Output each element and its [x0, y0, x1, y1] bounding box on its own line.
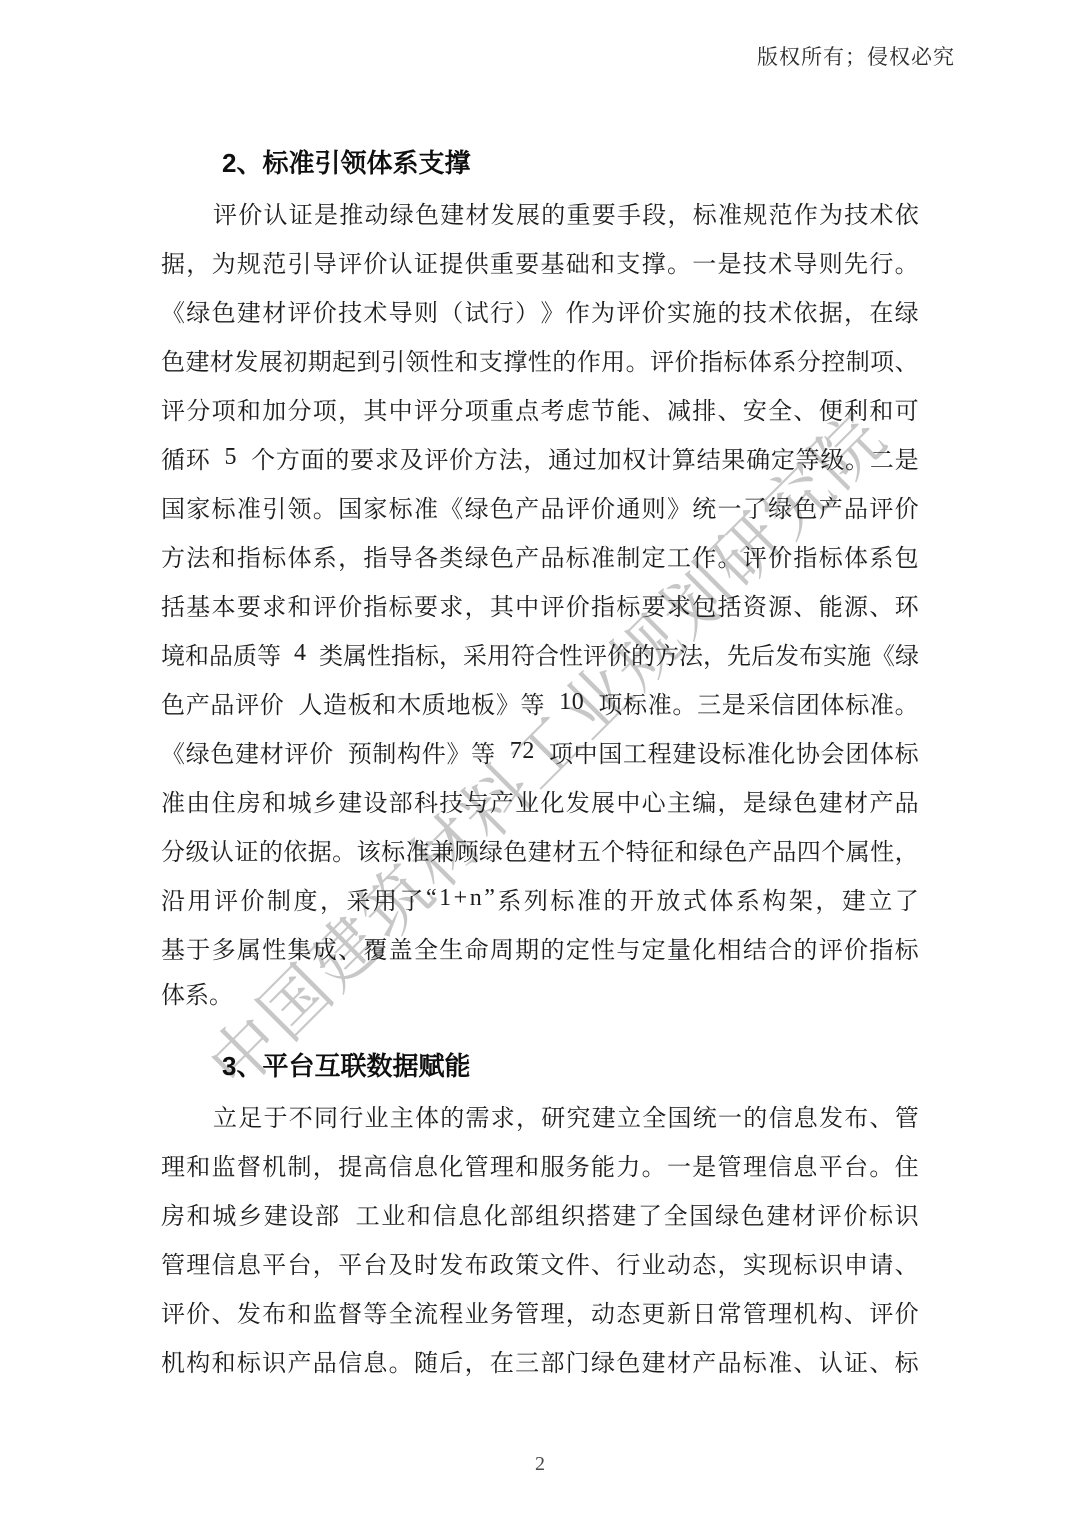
glyph: 部 [315, 1196, 339, 1231]
text-line: 评价、发布和监督等全流程业务管理，动态更新日常管理机构、评价 [161, 1287, 919, 1336]
glyph: 标 [819, 538, 843, 573]
glyph: 基 [161, 930, 185, 965]
glyph: 统 [692, 489, 716, 524]
glyph: 和 [212, 1343, 236, 1378]
copyright-notice: 版权所有；侵权必究 [757, 41, 955, 71]
glyph: 项 [212, 391, 236, 426]
glyph: 机 [262, 1147, 286, 1182]
glyph: 绿 [699, 832, 723, 867]
glyph: 体 [844, 538, 868, 573]
glyph: 和 [185, 636, 209, 671]
glyph: 全 [768, 391, 792, 426]
text-line: 循环5个方面的要求及评价方法，通过加权计算结果确定等级。二是 [161, 433, 919, 482]
glyph: 中 [574, 734, 598, 769]
glyph: 准 [237, 489, 261, 524]
glyph: 度 [294, 881, 318, 916]
glyph: 国 [338, 489, 362, 524]
glyph: 和 [262, 783, 286, 818]
glyph: 产 [287, 1343, 311, 1378]
glyph: ， [566, 1294, 590, 1329]
text-line: 体系。 [161, 972, 919, 1021]
glyph: “ [426, 885, 437, 912]
glyph: 绿 [186, 734, 210, 769]
glyph: 评 [743, 538, 767, 573]
glyph: 住 [212, 783, 236, 818]
glyph: ） [515, 293, 539, 328]
glyph: 2 [522, 738, 534, 765]
glyph: 能 [616, 391, 640, 426]
glyph: 了 [400, 881, 424, 916]
glyph: 价 [642, 293, 666, 328]
glyph: 一 [718, 1098, 742, 1133]
glyph: 色 [793, 783, 817, 818]
glyph: 业 [381, 1196, 405, 1231]
glyph: 标 [845, 685, 869, 720]
glyph: 重 [490, 391, 514, 426]
glyph: 包 [895, 538, 919, 573]
glyph: 化 [771, 734, 795, 769]
glyph: 管 [161, 1245, 185, 1280]
glyph: 分 [161, 832, 185, 867]
glyph: ， [320, 881, 344, 916]
glyph: 立 [617, 1098, 641, 1133]
glyph: 材 [792, 1196, 816, 1231]
glyph: 统 [693, 1098, 717, 1133]
glyph: 督 [237, 1147, 261, 1182]
glyph: 的 [540, 930, 564, 965]
glyph: ， [338, 391, 362, 426]
glyph: 其 [363, 391, 387, 426]
glyph: 术 [768, 244, 792, 279]
glyph: 该 [357, 832, 381, 867]
glyph: 排 [692, 391, 716, 426]
glyph: 作 [577, 342, 601, 377]
glyph: 住 [895, 1147, 919, 1182]
glyph: 行 [869, 244, 893, 279]
glyph: 期 [308, 342, 332, 377]
glyph: 价 [768, 538, 792, 573]
glyph: 评 [161, 391, 185, 426]
glyph: 项 [465, 391, 489, 426]
glyph: 了 [895, 881, 919, 916]
glyph: 评 [424, 440, 448, 475]
glyph: 日 [692, 1294, 716, 1329]
glyph: 。 [895, 244, 919, 279]
glyph: 证 [289, 195, 313, 230]
glyph: 理 [743, 1147, 767, 1182]
glyph: ， [718, 783, 742, 818]
glyph: 和 [372, 685, 396, 720]
glyph: 标 [616, 587, 640, 622]
glyph: 的 [718, 293, 742, 328]
glyph: 价 [260, 685, 284, 720]
glyph: 标 [389, 587, 413, 622]
glyph: 段 [642, 195, 666, 230]
glyph: 、 [793, 1343, 817, 1378]
glyph: 设 [697, 734, 721, 769]
glyph: ， [516, 1098, 540, 1133]
glyph: 算 [672, 440, 696, 475]
glyph: 理 [490, 1147, 514, 1182]
glyph: 计 [647, 440, 671, 475]
glyph: 实 [743, 1245, 767, 1280]
glyph: 发 [491, 195, 515, 230]
glyph: 分 [287, 391, 311, 426]
glyph: 等 [521, 685, 545, 720]
glyph: 产 [692, 1343, 716, 1378]
glyph: 建 [642, 1343, 666, 1378]
glyph: 。 [389, 1343, 413, 1378]
glyph: 指 [793, 538, 817, 573]
glyph: ， [815, 881, 839, 916]
glyph: 材 [262, 293, 286, 328]
glyph: 《 [439, 489, 463, 524]
glyph: 标 [793, 1245, 817, 1280]
glyph: 标 [389, 489, 413, 524]
glyph: 。 [313, 489, 337, 524]
glyph: 、 [591, 1245, 615, 1280]
glyph: 是 [718, 244, 742, 279]
glyph: 信 [769, 1098, 793, 1133]
glyph: 产 [490, 783, 514, 818]
glyph: 绿 [465, 489, 489, 524]
glyph: 更 [642, 1294, 666, 1329]
glyph: 构 [186, 1343, 210, 1378]
glyph: 等 [471, 734, 495, 769]
glyph: 分 [186, 391, 210, 426]
glyph: 全 [664, 1196, 688, 1231]
glyph: 类 [439, 538, 463, 573]
glyph: 和 [187, 1196, 211, 1231]
glyph: 标 [566, 538, 590, 573]
glyph: 0 [572, 689, 584, 716]
document-page: 中国建筑材料工业规划研究院 版权所有；侵权必究 2、标准引领体系支撑评价认证是推… [0, 0, 1080, 1527]
glyph: 初 [283, 342, 307, 377]
glyph: 本 [212, 587, 236, 622]
text-line: 境和品质等4类属性指标，采用符合性评价的方法，先后发布实施《绿 [161, 629, 919, 678]
glyph: 列 [524, 881, 548, 916]
glyph: 品 [209, 636, 233, 671]
glyph: 价 [844, 930, 868, 965]
glyph: 品 [210, 685, 234, 720]
glyph: 督 [338, 1294, 362, 1329]
glyph: 周 [490, 930, 514, 965]
glyph: 性 [591, 930, 615, 965]
glyph: 标 [722, 734, 746, 769]
glyph: 指 [237, 538, 261, 573]
glyph: 行 [339, 1098, 363, 1133]
glyph: 板 [348, 685, 372, 720]
glyph: 据 [308, 832, 332, 867]
glyph: 色 [616, 1343, 640, 1378]
glyph: 二 [870, 440, 894, 475]
glyph: 量 [667, 930, 691, 965]
glyph: 放 [656, 881, 680, 916]
glyph: 信 [771, 685, 795, 720]
glyph: ， [523, 440, 547, 475]
text-line: 准由住房和城乡建设部科技与产业化发展中心主编，是绿色建材产品 [161, 776, 919, 825]
glyph: 作 [692, 538, 716, 573]
glyph: 、 [212, 1294, 236, 1329]
glyph: 绿 [768, 489, 792, 524]
glyph: ， [313, 1147, 337, 1182]
glyph: 提 [338, 1147, 362, 1182]
glyph: 及 [400, 440, 424, 475]
glyph: 生 [439, 930, 463, 965]
glyph: 标 [723, 342, 747, 377]
glyph: 境 [161, 636, 185, 671]
glyph: 可 [895, 391, 919, 426]
glyph: 产 [515, 538, 539, 573]
glyph: 。 [642, 1147, 666, 1182]
glyph: 的 [325, 440, 349, 475]
glyph: 撑 [642, 244, 666, 279]
glyph: 定 [771, 440, 795, 475]
glyph: 考 [540, 391, 564, 426]
text-line: 房和城乡建设部工业和信息化部组织搭建了全国绿色建材评价标识 [161, 1189, 919, 1238]
glyph: 准 [870, 685, 894, 720]
glyph: 时 [414, 1245, 438, 1280]
glyph: 1 [439, 885, 451, 912]
glyph: + [454, 885, 468, 912]
glyph: 评 [213, 195, 237, 230]
glyph: 、 [793, 587, 817, 622]
glyph: 建 [235, 734, 259, 769]
glyph: 开 [630, 881, 654, 916]
glyph: 价 [895, 1294, 919, 1329]
glyph: 导 [389, 293, 413, 328]
glyph: 技 [844, 195, 868, 230]
glyph: 标 [415, 636, 439, 671]
glyph: 标 [237, 1343, 261, 1378]
glyph: 定 [642, 930, 666, 965]
glyph: 现 [768, 1245, 792, 1280]
glyph: 》 [667, 489, 691, 524]
glyph: 及 [389, 1245, 413, 1280]
glyph: 全 [389, 1294, 413, 1329]
glyph: 实 [667, 293, 691, 328]
glyph: 依 [793, 293, 817, 328]
glyph: 建 [819, 783, 843, 818]
glyph: 性 [528, 342, 552, 377]
glyph: 常 [718, 1294, 742, 1329]
glyph: 准 [577, 881, 601, 916]
glyph: 合 [768, 930, 792, 965]
glyph: 理 [540, 1294, 564, 1329]
glyph: 机 [793, 1294, 817, 1329]
glyph: 体 [709, 881, 733, 916]
glyph: 性 [870, 832, 894, 867]
glyph: 城 [212, 1196, 236, 1231]
glyph: 集 [287, 930, 311, 965]
glyph: 台 [287, 1245, 311, 1280]
glyph: 评 [616, 293, 640, 328]
glyph: 价 [309, 734, 333, 769]
glyph: 。 [626, 342, 650, 377]
glyph: 行 [490, 293, 514, 328]
glyph: n [470, 885, 482, 912]
glyph: 全 [414, 930, 438, 965]
glyph: 命 [465, 930, 489, 965]
glyph: 属 [237, 930, 261, 965]
glyph: 理 [186, 1245, 210, 1280]
glyph: 与 [465, 783, 489, 818]
glyph: 术 [870, 195, 894, 230]
glyph: 则 [819, 244, 843, 279]
text-line: 沿用评价制度，采用了“1+n”系列标准的开放式体系构架，建立了 [161, 874, 919, 923]
glyph: 导 [793, 244, 817, 279]
glyph: 面 [301, 440, 325, 475]
glyph: 求 [375, 440, 399, 475]
glyph: 化 [484, 1196, 508, 1231]
glyph: 期 [515, 930, 539, 965]
glyph: 覆 [363, 930, 387, 965]
glyph: 建 [842, 881, 866, 916]
glyph: 成 [313, 930, 337, 965]
glyph: 品 [540, 489, 564, 524]
glyph: ， [895, 832, 919, 867]
glyph: 准 [768, 1343, 792, 1378]
glyph: 绿 [479, 832, 503, 867]
glyph: 要 [350, 440, 374, 475]
glyph: 评 [566, 489, 590, 524]
glyph: 括 [161, 587, 185, 622]
glyph: 资 [743, 587, 767, 622]
glyph: 基 [186, 587, 210, 622]
glyph: 沿 [161, 881, 185, 916]
text-line: 《绿色建材评价预制构件》等72项中国工程建设标准化协会团体标 [161, 727, 919, 776]
glyph: 评 [235, 685, 259, 720]
glyph: 的 [793, 930, 817, 965]
glyph: 建 [185, 342, 209, 377]
glyph: 准 [718, 195, 742, 230]
glyph: 全 [642, 1098, 666, 1133]
glyph: 括 [718, 587, 742, 622]
text-line: 国家标准引领。国家标准《绿色产品评价通则》统一了绿色产品评价 [161, 482, 919, 531]
text-line: 管理信息平台，平台及时发布政策文件、行业动态，实现标识申请、 [161, 1238, 919, 1287]
glyph: 源 [844, 587, 868, 622]
glyph: 建 [338, 783, 362, 818]
glyph: 构 [762, 881, 786, 916]
glyph: 的 [552, 342, 576, 377]
glyph: 起 [332, 342, 356, 377]
glyph: 服 [540, 1147, 564, 1182]
glyph: 加 [598, 440, 622, 475]
text-line: 色产品评价人造板和木质地板》等10项标准。三是采信团体标准。 [161, 678, 919, 727]
glyph: 一 [692, 244, 716, 279]
glyph: 安 [743, 391, 767, 426]
glyph: 施 [692, 293, 716, 328]
glyph: 指 [363, 587, 387, 622]
glyph: 建 [237, 293, 261, 328]
glyph: 标 [262, 538, 286, 573]
glyph: 类 [319, 636, 343, 671]
glyph: 品 [772, 832, 796, 867]
glyph: 三 [515, 1343, 539, 1378]
glyph: 构 [397, 734, 421, 769]
glyph: 乡 [238, 1196, 262, 1231]
glyph: 指 [391, 636, 415, 671]
glyph: 等 [257, 636, 281, 671]
glyph: 系 [313, 538, 337, 573]
glyph: 动 [591, 1294, 615, 1329]
glyph: 系 [772, 342, 796, 377]
glyph: 建 [528, 832, 552, 867]
glyph: 指 [591, 587, 615, 622]
glyph: 价 [363, 244, 387, 279]
glyph: 。 [845, 440, 869, 475]
glyph: 质 [422, 685, 446, 720]
text-line: 分级认证的依据。该标准兼顾绿色建材五个特征和绿色产品四个属性， [161, 825, 919, 874]
section-heading: 3、平台互联数据赋能 [161, 1042, 919, 1091]
glyph: 管 [465, 1147, 489, 1182]
glyph: 评 [414, 391, 438, 426]
glyph: 技 [743, 244, 767, 279]
glyph: 色 [503, 832, 527, 867]
glyph: 要 [642, 587, 666, 622]
glyph: 心 [642, 783, 666, 818]
glyph: 、 [895, 342, 919, 377]
glyph: 。 [667, 244, 691, 279]
glyph: 板 [471, 685, 495, 720]
glyph: 工 [356, 1196, 380, 1231]
glyph: 实 [823, 636, 847, 671]
glyph: 评 [338, 244, 362, 279]
glyph: 程 [439, 1294, 463, 1329]
glyph: ， [186, 244, 210, 279]
glyph: 依 [895, 195, 919, 230]
glyph: 色 [161, 685, 185, 720]
glyph: 权 [622, 440, 646, 475]
glyph: 色 [741, 1196, 765, 1231]
glyph: 究 [567, 1098, 591, 1133]
glyph: 式 [683, 881, 707, 916]
glyph: 符 [511, 636, 535, 671]
glyph: 体 [870, 734, 894, 769]
glyph: 台 [844, 1147, 868, 1182]
glyph: 、 [793, 391, 817, 426]
glyph: 认 [819, 1343, 843, 1378]
section-heading: 2、标准引领体系支撑 [161, 139, 919, 188]
glyph: 材 [466, 195, 490, 230]
glyph: 、 [718, 391, 742, 426]
glyph: 国 [598, 734, 622, 769]
glyph: 色 [490, 489, 514, 524]
glyph: 搭 [587, 1196, 611, 1231]
glyph: 导 [313, 244, 337, 279]
glyph: 评 [161, 1294, 185, 1329]
glyph: 引 [381, 342, 405, 377]
glyph: 便 [819, 391, 843, 426]
glyph: 是 [895, 440, 919, 475]
glyph: 发 [566, 783, 590, 818]
glyph: 。 [332, 832, 356, 867]
glyph: 作 [566, 293, 590, 328]
glyph: 要 [237, 587, 261, 622]
glyph: 价 [591, 489, 615, 524]
glyph: （ [439, 293, 463, 328]
glyph: 息 [794, 1098, 818, 1133]
glyph: 项 [870, 342, 894, 377]
glyph: 木 [397, 685, 421, 720]
glyph: 则 [642, 489, 666, 524]
glyph: 为 [591, 293, 615, 328]
glyph: 环 [895, 587, 919, 622]
glyph: 绿 [390, 195, 414, 230]
glyph: 色 [793, 489, 817, 524]
glyph: 布 [465, 1245, 489, 1280]
glyph: 在 [869, 293, 893, 328]
